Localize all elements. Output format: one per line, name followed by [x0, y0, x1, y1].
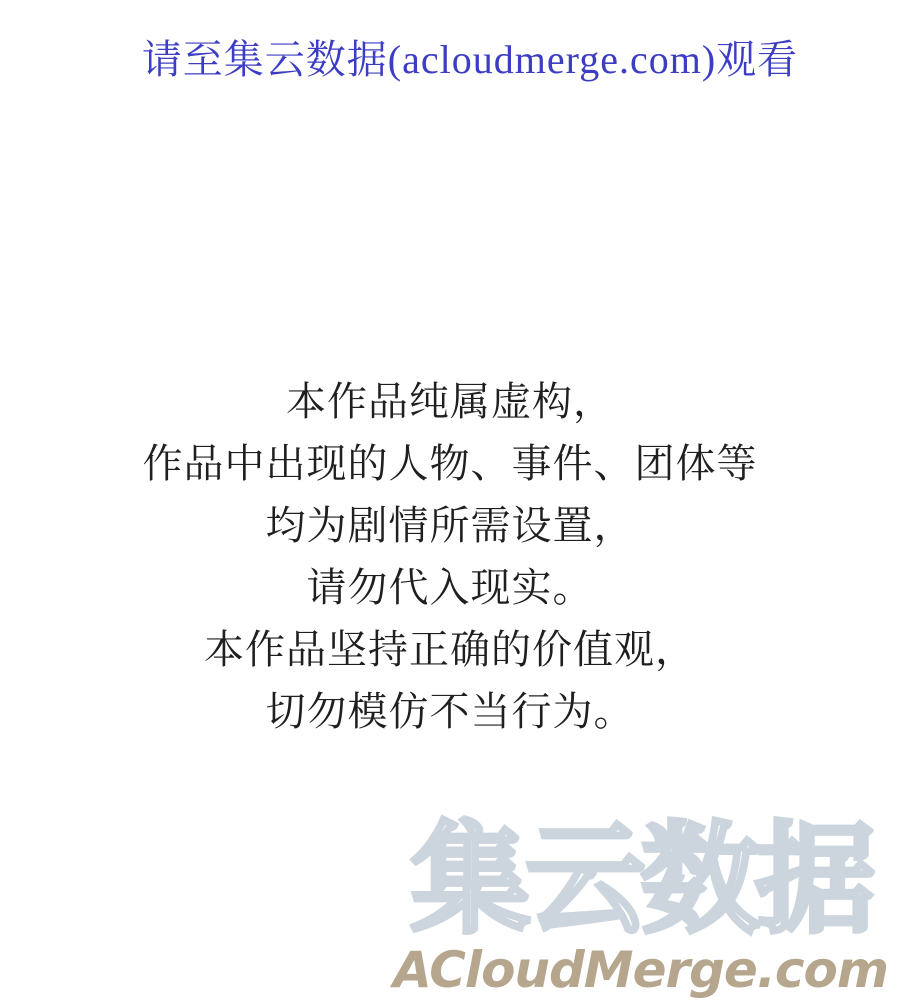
source-notice-banner: 请至集云数据(acloudmerge.com)观看 — [0, 28, 900, 85]
watermark-brand-text: 集云数据 — [383, 814, 898, 948]
disclaimer-line: 本作品坚持正确的价值观， — [0, 619, 900, 681]
disclaimer-line: 作品中出现的人物、事件、团体等 — [0, 433, 900, 495]
disclaimer-text-block: 本作品纯属虚构， 作品中出现的人物、事件、团体等 均为剧情所需设置， 请勿代入现… — [0, 371, 900, 743]
disclaimer-line: 请勿代入现实。 — [0, 557, 900, 619]
disclaimer-line: 切勿模仿不当行为。 — [0, 681, 900, 743]
disclaimer-line: 本作品纯属虚构， — [0, 371, 900, 433]
disclaimer-line: 均为剧情所需设置， — [0, 495, 900, 557]
site-watermark: 集云数据 ACloudMerge.com — [383, 814, 898, 996]
watermark-url-text: ACloudMerge.com — [383, 944, 898, 996]
comic-disclaimer-page: 请至集云数据(acloudmerge.com)观看 本作品纯属虚构， 作品中出现… — [0, 0, 900, 1005]
